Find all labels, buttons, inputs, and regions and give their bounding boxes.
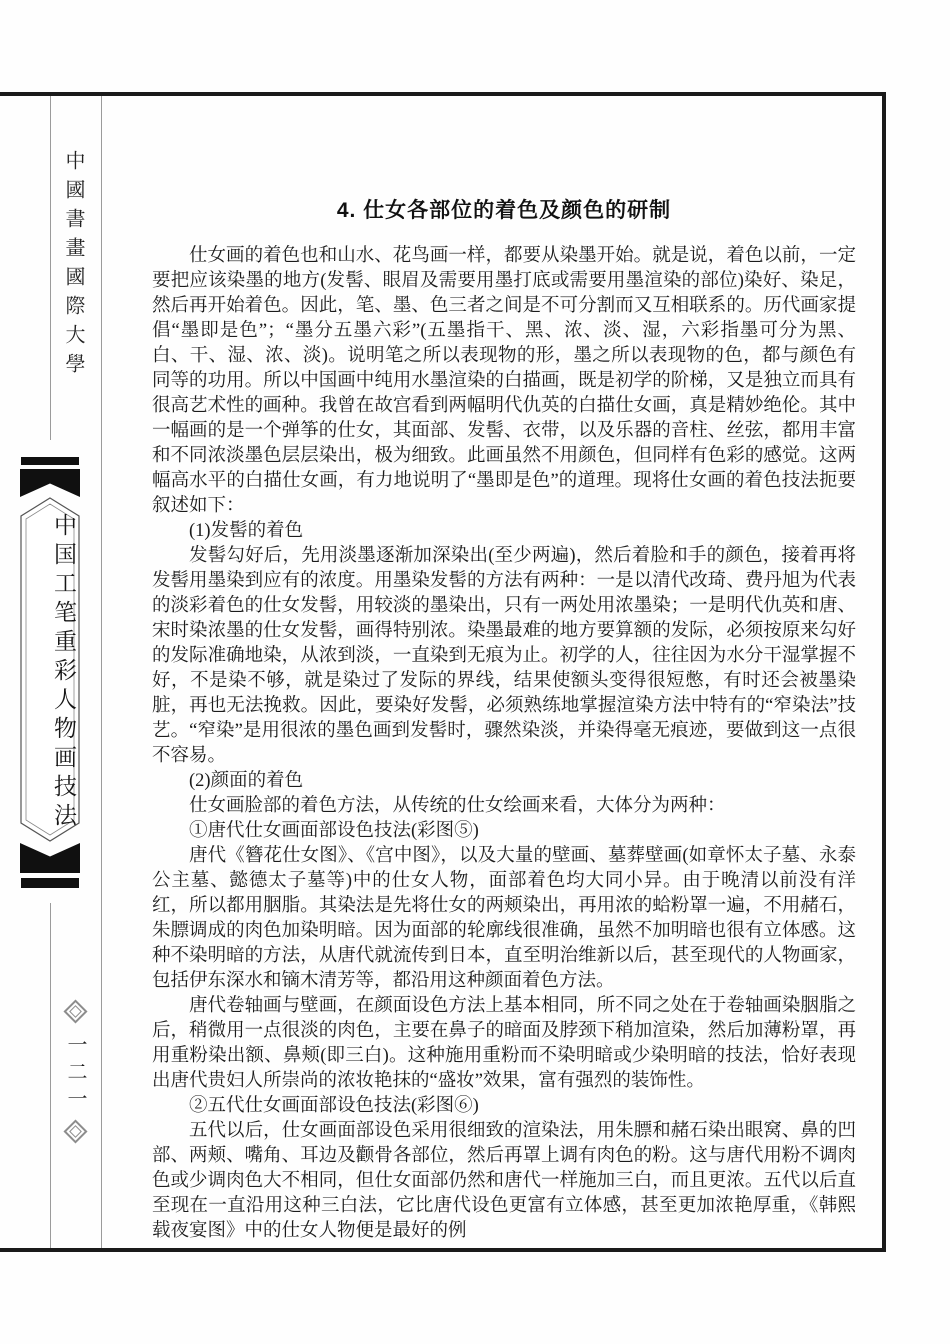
- diamond-ornament-top: [63, 999, 87, 1023]
- ribbon-top-bar: [21, 457, 79, 465]
- ribbon-top-banner: [20, 469, 80, 497]
- top-border-rule: [0, 92, 886, 96]
- university-name-vertical: 中國書畫國際大學: [64, 150, 88, 382]
- section-subheading: (2)颜面的着色: [152, 769, 856, 794]
- section-title: 4. 仕女各部位的着色及颜色的研制: [152, 194, 856, 224]
- section-subheading: (1)发髻的着色: [152, 519, 856, 544]
- section-subheading: ①唐代仕女画面部设色技法(彩图⑤): [152, 819, 856, 844]
- book-title-vertical: 中国工笔重彩人物画技法: [20, 513, 80, 832]
- book-title-ribbon: 中国工笔重彩人物画技法: [20, 457, 80, 888]
- sidebar-divider-left-upper: [50, 96, 51, 440]
- book-page: 中國書畫國際大學 中国工笔重彩人物画技法 一二一 4. 仕女各部位的着色及颜色的…: [0, 0, 950, 1344]
- ribbon-hexagon-plate: 中国工笔重彩人物画技法: [20, 497, 80, 842]
- diamond-ornament-bottom: [63, 1119, 87, 1143]
- sidebar-divider-left-lower: [50, 903, 51, 1248]
- folio-block: 一二一: [60, 1003, 91, 1140]
- body-paragraph: 仕女画的着色也和山水、花鸟画一样，都要从染墨开始。就是说，着色以前，一定要把应该…: [152, 244, 856, 519]
- bottom-border-rule: [0, 1248, 886, 1252]
- ribbon-bottom-banner: [20, 843, 80, 873]
- sidebar-divider-right: [101, 96, 102, 1248]
- page-number-vertical: 一二一: [61, 1034, 90, 1115]
- body-paragraph: 发髻勾好后，先用淡墨逐渐加深染出(至少两遍)，然后着脸和手的颜色，接着再将发髻用…: [152, 544, 856, 769]
- main-text-column: 4. 仕女各部位的着色及颜色的研制 仕女画的着色也和山水、花鸟画一样，都要从染墨…: [152, 194, 856, 1244]
- paragraph-list: 仕女画的着色也和山水、花鸟画一样，都要从染墨开始。就是说，着色以前，一定要把应该…: [152, 244, 856, 1244]
- right-border-rule: [882, 92, 886, 1252]
- body-paragraph: 仕女画脸部的着色方法，从传统的仕女绘画来看，大体分为两种：: [152, 794, 856, 819]
- body-paragraph: 唐代《簪花仕女图》、《宫中图》，以及大量的壁画、墓葬壁画(如章怀太子墓、永泰公主…: [152, 844, 856, 994]
- section-subheading: ②五代仕女画面部设色技法(彩图⑥): [152, 1094, 856, 1119]
- ribbon-bottom-bar: [21, 878, 79, 888]
- body-paragraph: 五代以后，仕女画面部设色采用很细致的渲染法，用朱膘和赭石染出眼窝、鼻的凹部、两颊…: [152, 1119, 856, 1244]
- body-paragraph: 唐代卷轴画与壁画，在颜面设色方法上基本相同，所不同之处在于卷轴画染胭脂之后，稍微…: [152, 994, 856, 1094]
